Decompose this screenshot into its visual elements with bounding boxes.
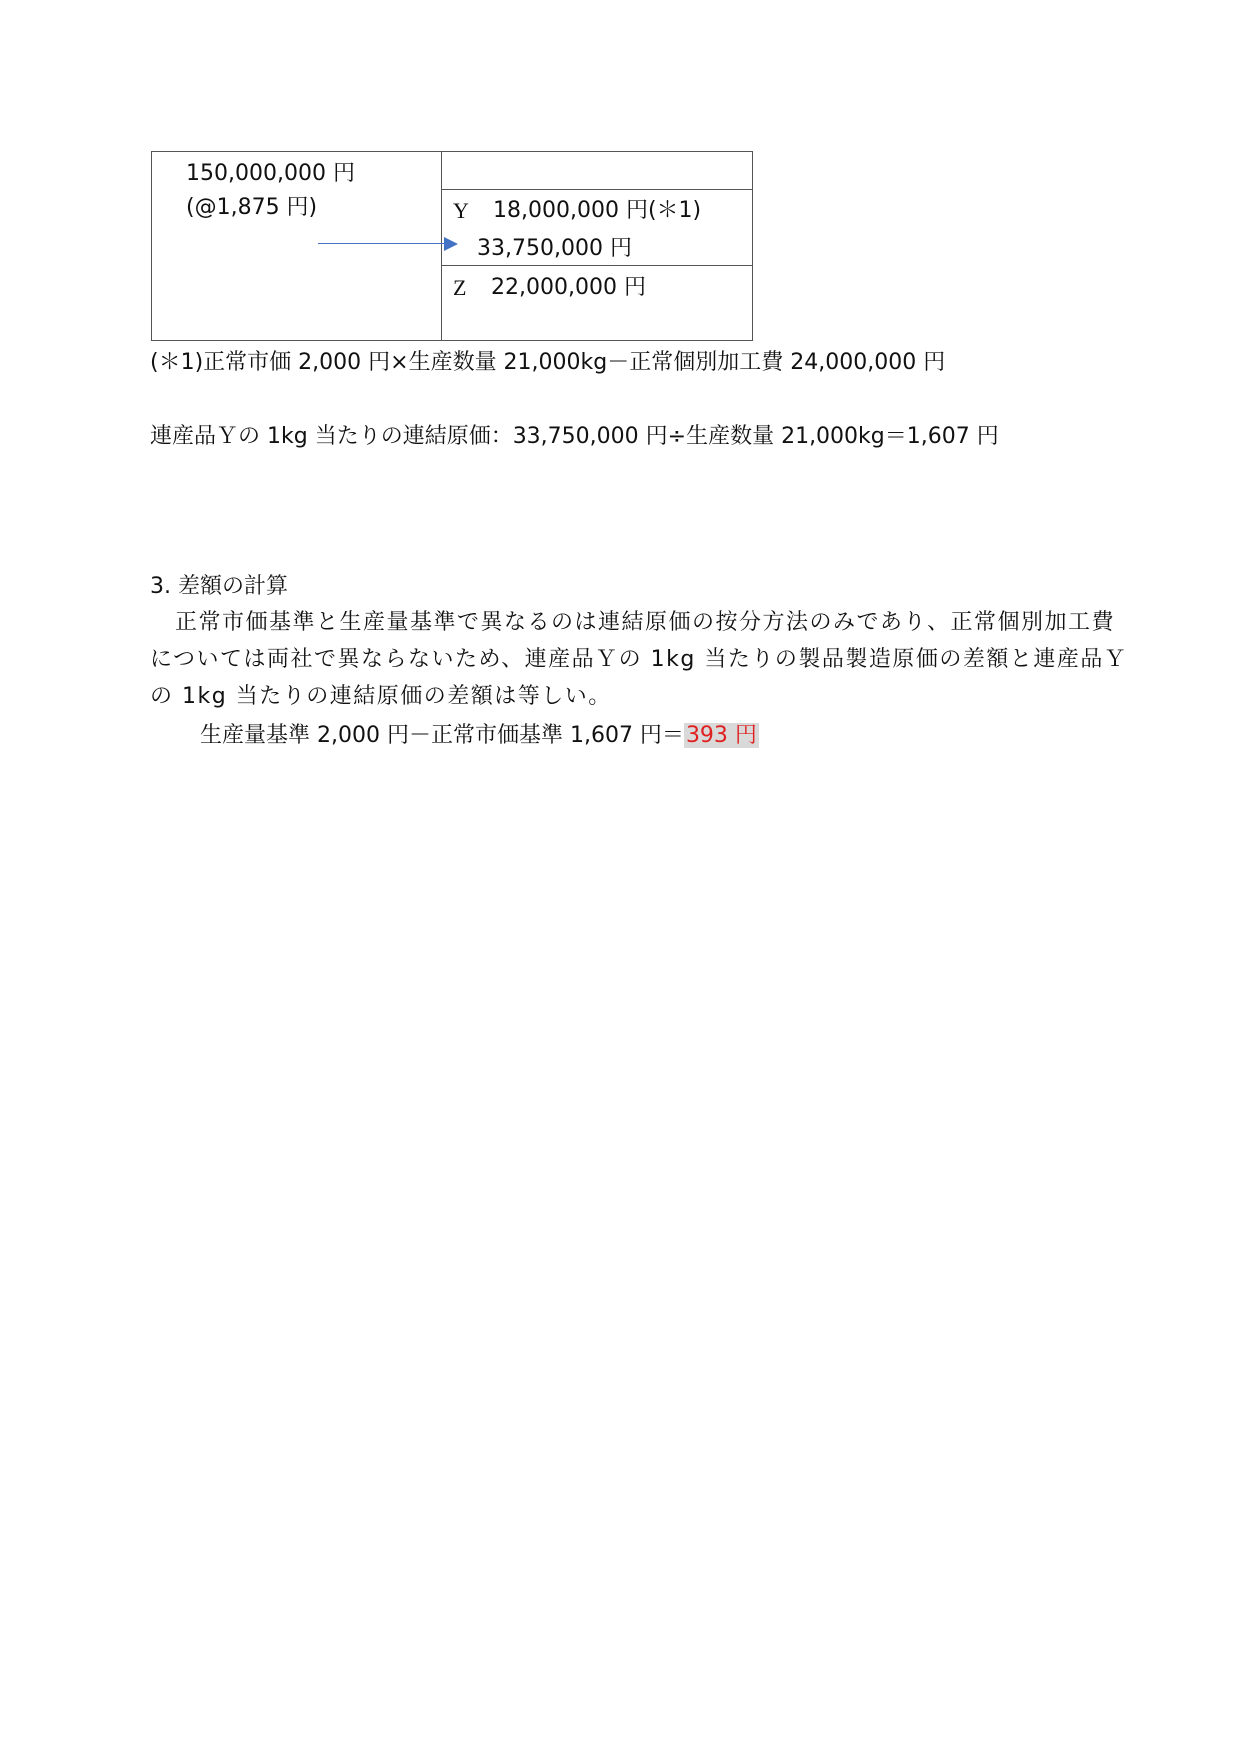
paragraph-line-2: については両社で異ならないため、連産品Ｙの 1kg 当たりの製品製造原価の差額と… <box>150 645 1127 675</box>
joint-cost-per-kg-line: 連産品Ｙの 1kg 当たりの連結原価：33,750,000 円÷生産数量 21,… <box>150 422 999 452</box>
paragraph-line-1: 正常市価基準と生産量基準で異なるのは連結原価の按分方法のみであり、正常個別加工費 <box>175 608 1115 638</box>
footnote-1: (＊1)正常市価 2,000 円×生産数量 21,000kg－正常個別加工費 2… <box>150 348 945 378</box>
document-page: 150,000,000 円 (@1,875 円) Y 18,000,000 円(… <box>0 0 1240 1755</box>
product-z-label: Z <box>453 274 466 302</box>
formula-expression: 生産量基準 2,000 円－正常市価基準 1,607 円＝ <box>200 723 684 748</box>
product-z-amount: 22,000,000 円 <box>491 274 646 302</box>
product-y-joint-cost: 33,750,000 円 <box>477 235 632 263</box>
product-y-label: Y <box>453 197 469 225</box>
total-joint-cost: 150,000,000 円 <box>186 160 355 188</box>
section-heading: 3. 差額の計算 <box>150 572 288 602</box>
unit-joint-cost: (@1,875 円) <box>186 194 317 222</box>
answer-highlight: 393 円 <box>684 723 759 748</box>
cost-allocation-table: 150,000,000 円 (@1,875 円) Y 18,000,000 円(… <box>151 151 753 341</box>
arrow-right-icon <box>444 237 458 251</box>
allocation-arrow-line <box>318 243 445 244</box>
table-row-divider-1 <box>441 189 752 190</box>
product-y-amount: 18,000,000 円(＊1) <box>493 197 701 225</box>
difference-formula: 生産量基準 2,000 円－正常市価基準 1,607 円＝393 円 <box>200 721 759 751</box>
table-row-divider-2 <box>441 265 752 266</box>
table-vertical-divider <box>441 152 442 340</box>
paragraph-line-3: の 1kg 当たりの連結原価の差額は等しい。 <box>150 682 612 712</box>
